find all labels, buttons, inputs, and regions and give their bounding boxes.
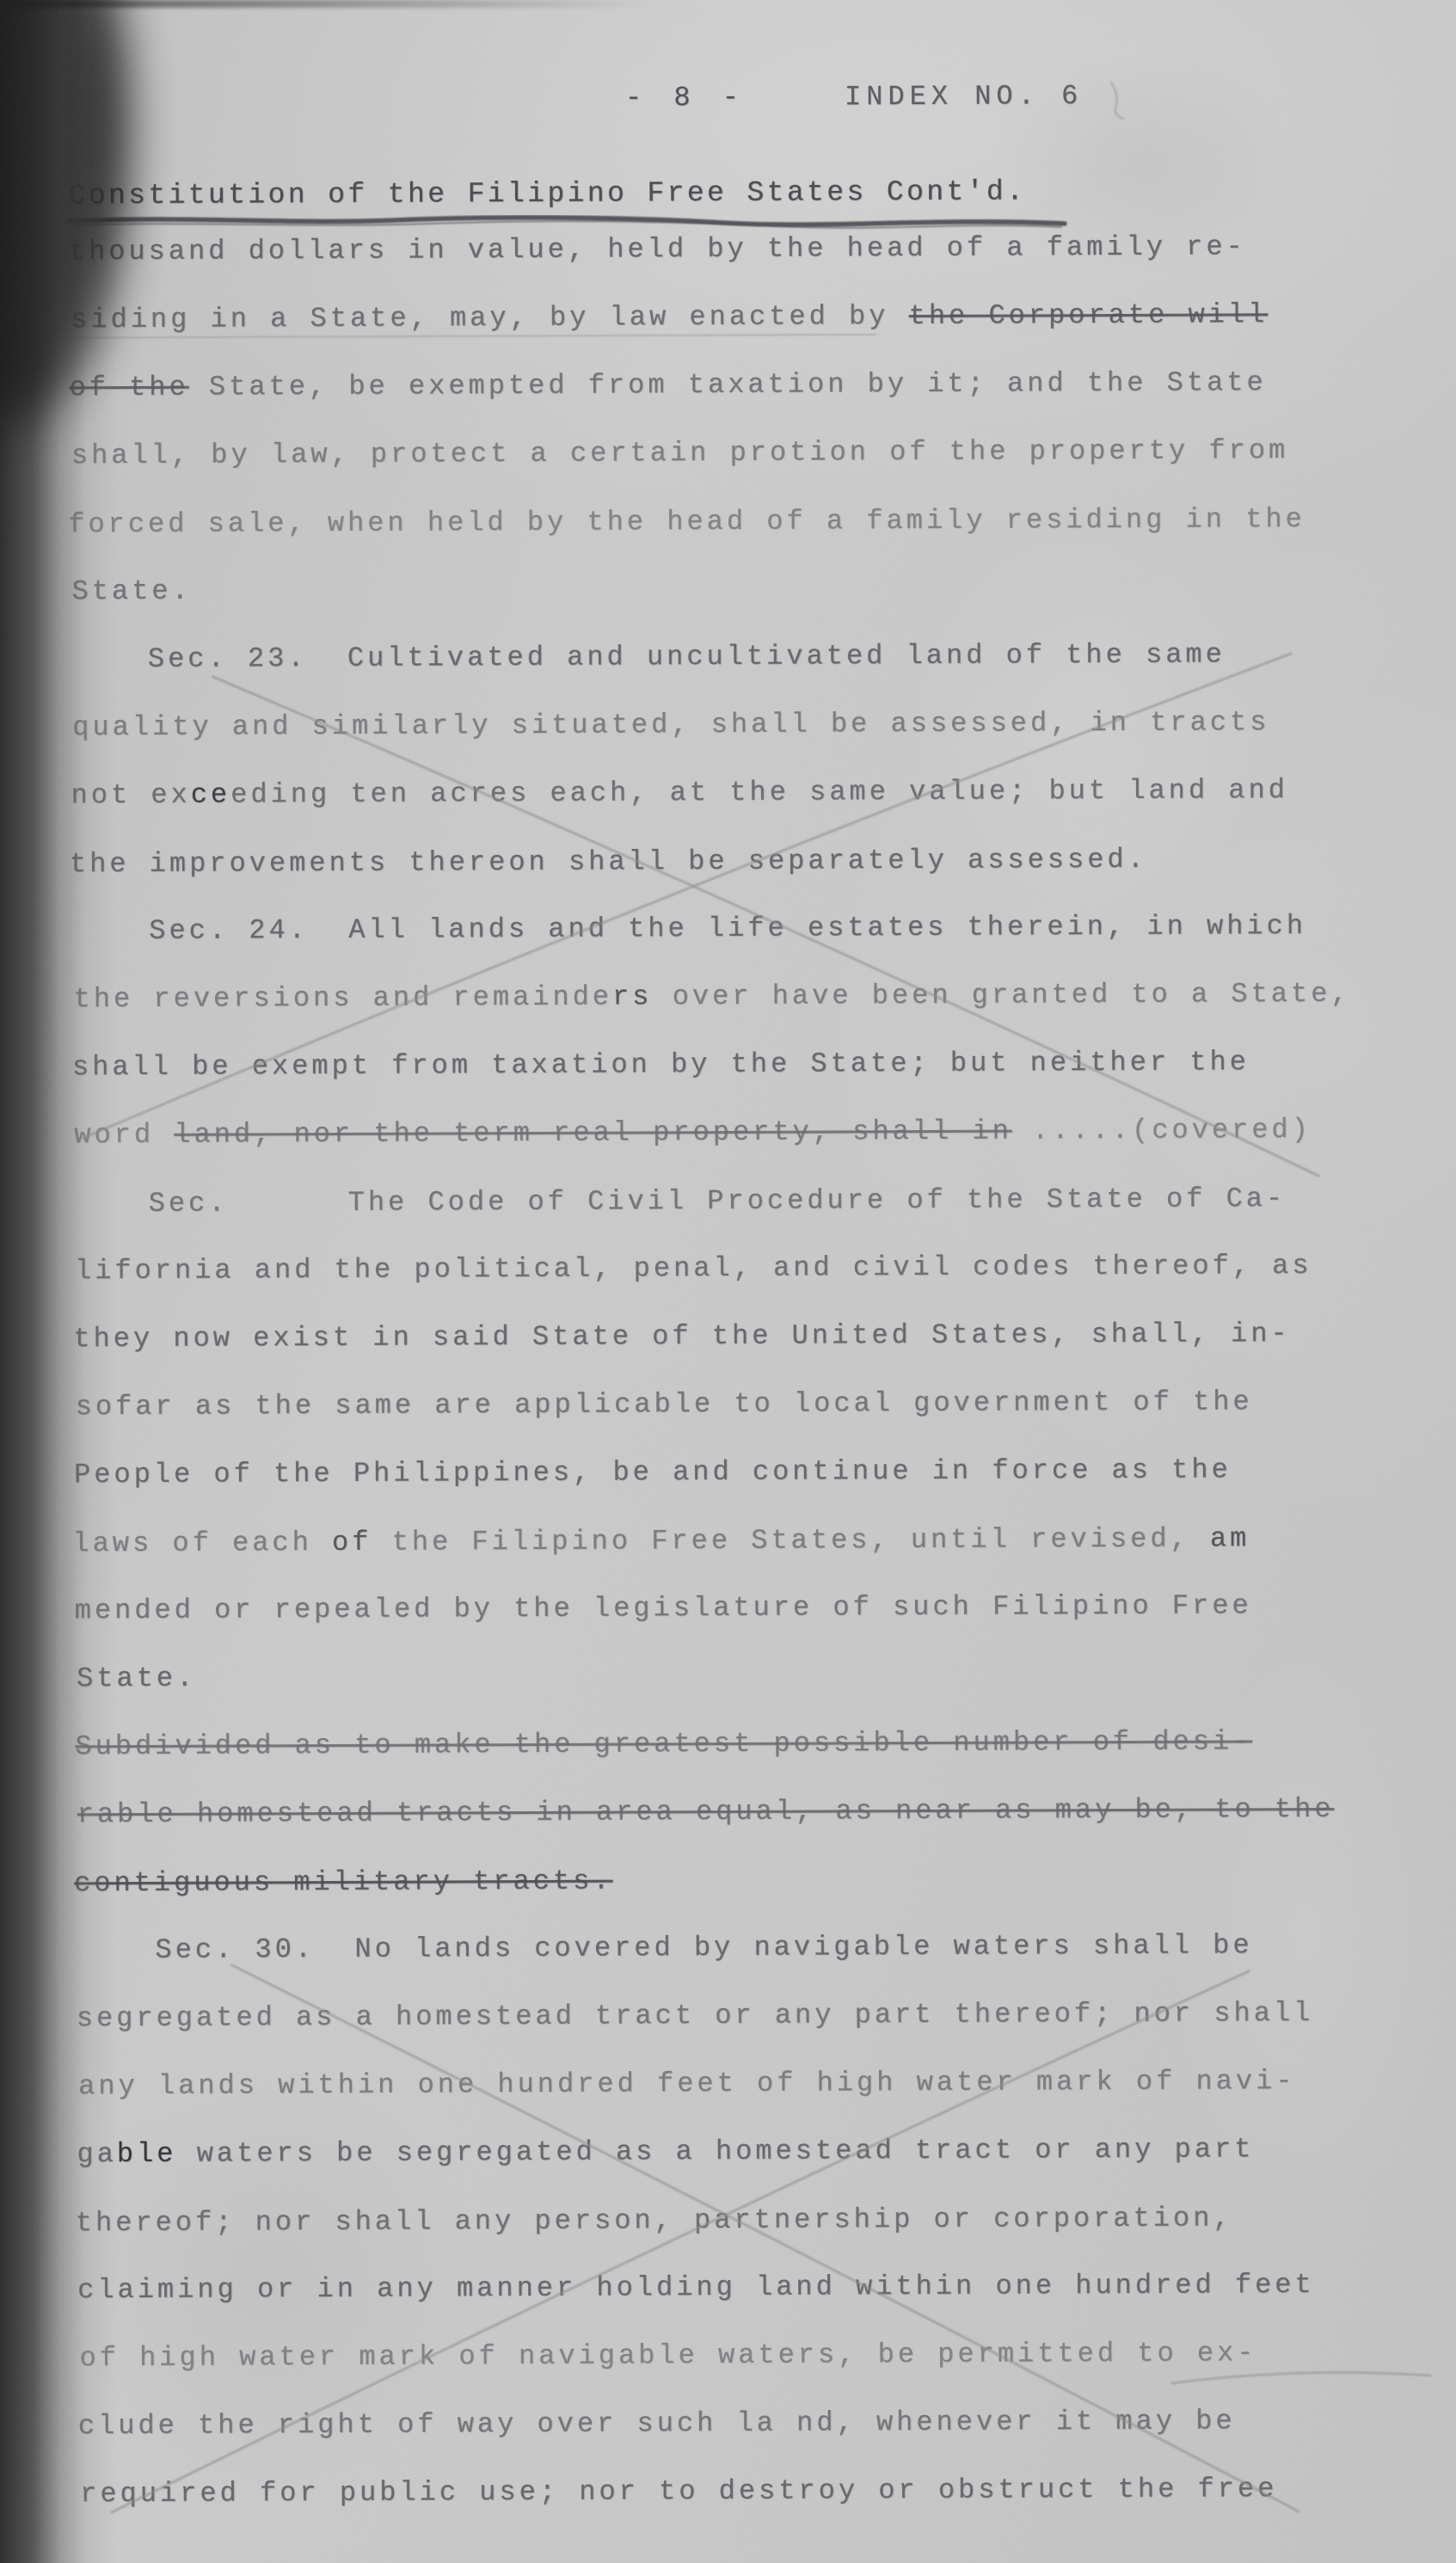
typed-text: thousand dollars in value, held by the h… [69,230,1246,267]
typed-text: over have been granted to a State, [652,978,1350,1013]
text-line: Subdivided as to make the greatest possi… [75,1706,1432,1780]
typed-text: the improvements thereon shall be separa… [70,844,1147,880]
text-line: word land, nor the term real property, s… [74,1095,1431,1169]
typed-text: Sec. 24. All lands and the life estates … [149,910,1306,947]
struck-text: rable homestead tracts in area equal, as… [77,1793,1335,1830]
typed-text: shall be exempt from taxation by the Sta… [72,1046,1250,1083]
text-line: any lands within one hundred feet of hig… [78,2046,1435,2120]
text-line: State. [77,1638,1434,1712]
typed-text: claiming or in any manner holding land w… [77,2269,1315,2306]
text-line: of the State, be exempted from taxation … [69,347,1426,421]
struck-text: Subdivided as to make the greatest possi… [75,1725,1252,1762]
text-line: the reversions and remainders over have … [73,959,1430,1033]
typed-text: required for public use; nor to destroy … [80,2473,1277,2510]
text-line: not exceeding ten acres each, at the sam… [71,755,1428,829]
typed-text: the Filipino Free States, until revised, [372,1523,1210,1558]
text-line: Sec. 24. All lands and the life estates … [71,891,1428,965]
page-header: - 8 - INDEX NO. 6 [0,78,1451,119]
typed-text: word [74,1119,174,1152]
struck-text: the Corporate will [909,298,1269,332]
typed-text: not ex [71,779,190,812]
typed-text: People of the Philippines, be and contin… [74,1454,1232,1490]
typed-text: State. [71,575,191,608]
typed-text: waters be segregated as a homestead trac… [176,2133,1254,2169]
typed-text: State. [77,1663,196,1695]
typed-text: segregated as a homestead tract or any p… [77,1997,1314,2034]
overtyped-text: am [1210,1522,1250,1554]
text-line: Sec. 23. Cultivated and uncultivated lan… [71,619,1428,693]
typed-text: ga [77,2138,117,2170]
typed-text: quality and similarly situated, shall be… [72,706,1269,743]
typed-text: forced sale, when held by the head of a … [68,503,1305,540]
overtyped-text: ble [117,2138,177,2170]
text-block: thousand dollars in value, held by the h… [69,212,1436,2528]
document-heading: Constitution of the Filipino Free States… [68,174,1026,214]
typed-text: Sec. The Code of Civil Procedure of the … [149,1183,1287,1220]
struck-text: land, nor the term real property, shall … [174,1116,1012,1151]
index-label: INDEX NO. 6 [845,80,1083,113]
text-line: the improvements thereon shall be separa… [70,824,1427,898]
overtyped-text: of [332,1527,372,1558]
text-line: clude the right of way over such la nd, … [78,2386,1435,2460]
scanned-page: - 8 - INDEX NO. 6 Constitution of the Fi… [0,0,1456,2563]
typed-text: Sec. 30. No lands covered by navigable w… [155,1929,1252,1966]
typed-text: mended or repealed by the legislature of… [75,1589,1252,1626]
text-line: they now exist in said State of the Unit… [73,1299,1430,1373]
struck-text: contiguous military tracts. [74,1865,613,1900]
text-line: People of the Philippines, be and contin… [74,1435,1431,1509]
typed-text: clude the right of way over such la nd, … [78,2405,1236,2442]
typed-text: they now exist in said State of the Unit… [73,1318,1291,1355]
text-line: claiming or in any manner holding land w… [77,2250,1434,2324]
typed-text: thereof; nor shall any person, partnersh… [76,2202,1233,2239]
text-layer: - 8 - INDEX NO. 6 Constitution of the Fi… [0,0,1456,2563]
text-line: quality and similarly situated, shall be… [72,687,1429,761]
overtyped-text: ce [191,779,231,811]
text-line: Sec. The Code of Civil Procedure of the … [71,1164,1428,1238]
typed-text: siding in a State, may, by law enacted b… [71,300,909,335]
typed-text: of high water mark of navigable waters, … [79,2337,1256,2374]
text-line: Sec. 30. No lands covered by navigable w… [77,1910,1434,1984]
text-line: lifornia and the political, penal, and c… [75,1231,1432,1305]
text-line: required for public use; nor to destroy … [80,2454,1437,2528]
text-line: laws of each of the Filipino Free States… [72,1503,1429,1577]
typed-text: Sec. 23. Cultivated and uncultivated lan… [148,638,1226,674]
text-line: rable homestead tracts in area equal, as… [77,1774,1434,1848]
typed-text: laws of each [72,1527,332,1559]
struck-text: of the [69,372,188,404]
typed-text: the reversions and remainde [73,981,612,1016]
typed-text: lifornia and the political, penal, and c… [75,1250,1312,1287]
typed-text: sofar as the same are applicable to loca… [76,1386,1253,1423]
text-line: shall, by law, protect a certain protion… [71,415,1428,489]
text-line: mended or repealed by the legislature of… [74,1570,1431,1644]
text-line: State. [71,551,1428,625]
page-number: - 8 - [625,82,746,114]
text-line: siding in a State, may, by law enacted b… [71,280,1428,353]
text-line: shall be exempt from taxation by the Sta… [72,1027,1429,1101]
text-line: thereof; nor shall any person, partnersh… [76,2183,1433,2257]
typed-text: shall, by law, protect a certain protion… [71,434,1289,471]
text-line: thousand dollars in value, held by the h… [69,212,1426,286]
typed-text: eding ten acres each, at the same value;… [230,774,1288,810]
typed-text: State, be exempted from taxation by it; … [189,366,1267,403]
text-line: segregated as a homestead tract or any p… [77,1978,1434,2052]
text-line: contiguous military tracts. [74,1843,1431,1917]
typed-text: any lands within one hundred feet of hig… [78,2065,1296,2102]
text-line: forced sale, when held by the head of a … [68,484,1425,558]
text-line: of high water mark of navigable waters, … [79,2318,1436,2392]
typed-text: .....(covered) [1012,1114,1312,1147]
text-line: gable waters be segregated as a homestea… [77,2114,1434,2188]
text-line: sofar as the same are applicable to loca… [75,1367,1432,1441]
overtyped-text: rs [612,980,653,1012]
